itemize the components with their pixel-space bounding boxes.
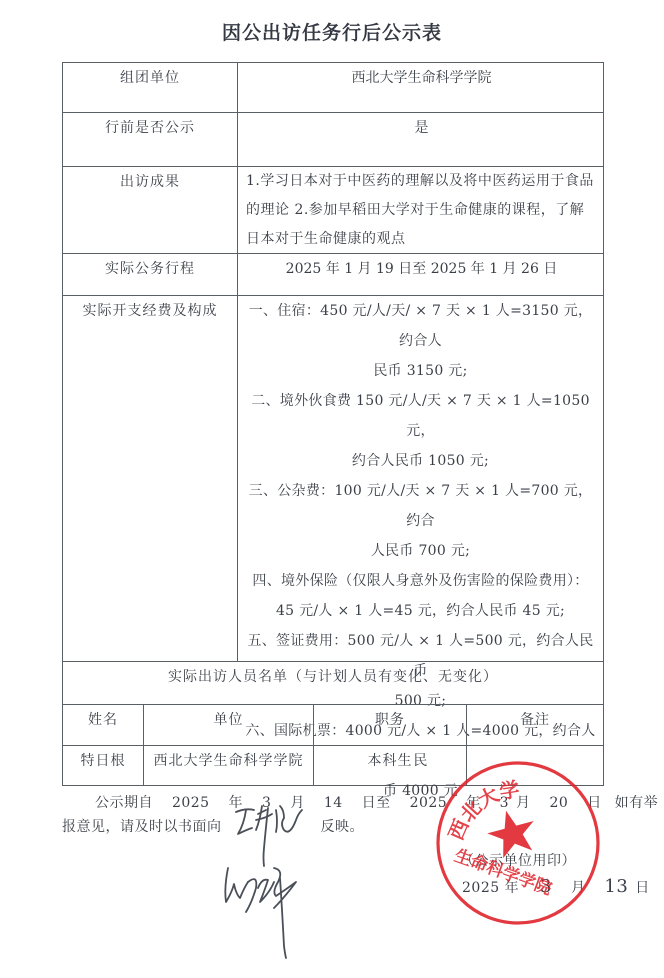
label-itinerary: 实际公务行程	[63, 254, 238, 295]
feedback-instruction: 报意见，请及时以书面向 反映。	[62, 816, 364, 836]
document-title: 因公出访任务行后公示表	[0, 18, 664, 45]
expense-item: 三、公杂费：100 元/人/天 × 7 天 × 1 人=700 元，约合 人民币…	[242, 476, 599, 566]
cell-position: 本科生	[314, 746, 467, 785]
cell-name: 特日根	[63, 746, 144, 785]
row-personnel-header: 实际出访人员名单（与计划人员有变化、无变化）	[63, 661, 603, 704]
value-pre-trip-disclosed: 是	[238, 113, 603, 166]
label-pre-trip-disclosed: 行前是否公示	[63, 113, 238, 166]
expense-item: 二、境外伙食费 150 元/人/天 × 7 天 × 1 人=1050 元， 约合…	[242, 386, 599, 476]
expense-item: 四、境外保险（仅限人身意外及伤害险的保险费用）： 45 元/人 × 1 人=45…	[242, 566, 599, 626]
row-expenses: 实际开支经费及构成 一、住宿：450 元/人/天/ × 7 天 × 1 人=31…	[63, 295, 603, 661]
personnel-header: 实际出访人员名单（与计划人员有变化、无变化）	[63, 662, 603, 686]
label-expenses: 实际开支经费及构成	[63, 296, 238, 661]
row-pre-trip-disclosed: 行前是否公示 是	[63, 112, 603, 166]
signature-1-icon	[232, 800, 312, 880]
table-row: 特日根 西北大学生命科学学院 本科生	[63, 745, 603, 785]
value-itinerary: 2025 年 1 月 19 日至 2025 年 1 月 26 日	[238, 254, 603, 295]
column-header-unit: 单位	[144, 705, 314, 745]
column-header-remark: 备注	[467, 705, 603, 745]
cell-remark	[467, 746, 603, 785]
seal-note: （公示单位用印）	[460, 850, 576, 870]
expense-list: 一、住宿：450 元/人/天/ × 7 天 × 1 人=3150 元，约合人 民…	[238, 296, 603, 661]
value-organizing-unit: 西北大学生命科学学院	[238, 63, 603, 112]
row-organizing-unit: 组团单位 西北大学生命科学学院	[63, 63, 603, 112]
personnel-column-headers: 姓名 单位 职务 备注	[63, 704, 603, 745]
value-visit-results: 1.学习日本对于中医药的理解以及将中医药运用于食品的理论 2.参加早稻田大学对于…	[238, 167, 603, 253]
disclosure-table: 组团单位 西北大学生命科学学院 行前是否公示 是 出访成果 1.学习日本对于中医…	[62, 62, 604, 786]
sign-date: 2025 年 3 月 13 日	[462, 876, 650, 897]
label-organizing-unit: 组团单位	[63, 63, 238, 112]
row-itinerary: 实际公务行程 2025 年 1 月 19 日至 2025 年 1 月 26 日	[63, 253, 603, 295]
label-visit-results: 出访成果	[63, 167, 238, 253]
cell-unit: 西北大学生命科学学院	[144, 746, 314, 785]
signature-2-icon	[218, 858, 318, 968]
disclosure-period: 公示期自 2025 年 3 月 14 日至 2025 年 3 月 20 日 如有…	[95, 792, 658, 812]
column-header-name: 姓名	[63, 705, 144, 745]
row-visit-results: 出访成果 1.学习日本对于中医药的理解以及将中医药运用于食品的理论 2.参加早稻…	[63, 166, 603, 253]
expense-item: 一、住宿：450 元/人/天/ × 7 天 × 1 人=3150 元，约合人 民…	[242, 296, 599, 386]
column-header-position: 职务	[314, 705, 467, 745]
